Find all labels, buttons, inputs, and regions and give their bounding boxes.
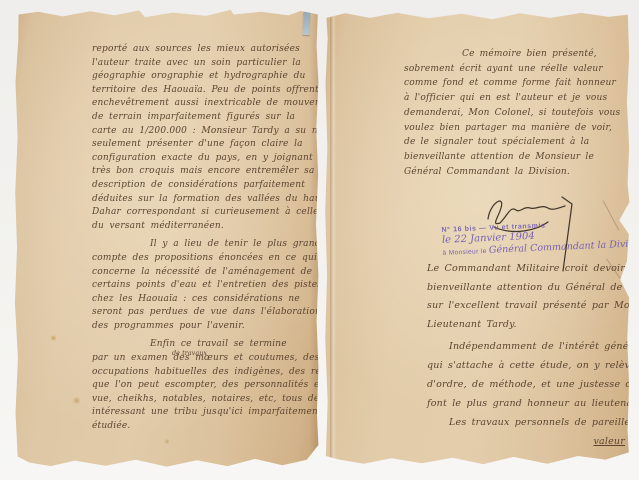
handwritten-line: d'ordre, de méthode, et une justesse de … (427, 375, 625, 394)
blue-paper-scrap (303, 12, 311, 35)
paragraph: reporté aux sources les mieux autorisées… (92, 43, 324, 233)
right-page-handwriting-bottom: Indépendamment de l'intérêt généralqui s… (427, 337, 625, 451)
handwritten-line: très bon croquis mais encore entremêler … (92, 165, 324, 179)
paragraph: Enfin ce travail se terminepar un examen… (92, 338, 324, 433)
handwritten-line: Indépendamment de l'intérêt général (427, 337, 625, 356)
handwritten-line: Il y a lieu de tenir le plus grand (92, 238, 324, 252)
right-page-handwriting-middle: Le Commandant Militaire croit devoir app… (427, 260, 625, 334)
handwritten-line: occupations habituelles des indigènes, d… (92, 366, 324, 380)
right-page-surface: Ce mémoire bien présenté,sobrement écrit… (324, 11, 630, 466)
right-page-handwriting-top: Ce mémoire bien présenté,sobrement écrit… (404, 47, 622, 179)
handwritten-line: Les travaux personnels de pareille (427, 413, 625, 432)
handwritten-line: Le Commandant Militaire croit devoir app… (427, 260, 625, 279)
handwritten-line: seulement présenter d'une façon claire l… (92, 138, 324, 152)
ink-stamp: N° 16 bis — Vu et transmis le 22 Janvier… (441, 219, 622, 258)
handwritten-line: sobrement écrit ayant une réelle valeur (404, 62, 622, 77)
stamp-addressee-print: à Monsieur le (442, 248, 489, 257)
handwritten-line: voulez bien partager ma manière de voir, (404, 121, 622, 136)
left-page-surface: reporté aux sources les mieux autorisées… (14, 9, 319, 468)
handwritten-line: qui s'attache à cette étude, on y relève… (427, 356, 625, 375)
handwritten-line: de le signaler tout spécialement à la (404, 135, 622, 150)
handwritten-line: bienveillante attention de Monsieur le (404, 150, 622, 165)
handwritten-line: compte des propositions énoncées en ce q… (92, 252, 324, 266)
interline-insertion: de travaux (172, 349, 207, 357)
handwritten-line: Enfin ce travail se termine (92, 338, 324, 352)
handwritten-line: de terrain imparfaitement figurés sur la (92, 111, 324, 125)
handwritten-line: déduites sur la formation des vallées du… (92, 193, 324, 207)
handwritten-line: intéressant une tribu jusqu'ici imparfai… (92, 406, 324, 420)
handwritten-line: Dahar correspondant si curieusement à ce… (92, 206, 324, 220)
handwritten-line: enchevêtrement aussi inextricable de mou… (92, 97, 324, 111)
left-page: reporté aux sources les mieux autorisées… (14, 9, 319, 468)
right-page: Ce mémoire bien présenté,sobrement écrit… (324, 11, 630, 466)
handwritten-line: vue, cheikhs, notables, notaires, etc, t… (92, 393, 324, 407)
handwritten-line: concerne la nécessité de l'aménagement d… (92, 266, 324, 280)
handwritten-line: par un examen des mœurs et coutumes, des (92, 352, 324, 366)
handwritten-line: du versant méditerranéen. (92, 220, 324, 234)
handwritten-line: demanderai, Mon Colonel, si toutefois vo… (404, 106, 622, 121)
handwritten-line: à l'officier qui en est l'auteur et je v… (404, 91, 622, 106)
handwritten-line: reporté aux sources les mieux autorisées (92, 43, 324, 57)
handwritten-line: sur l'excellent travail présenté par Mon… (427, 297, 625, 316)
handwritten-line: chez les Haouaïa : ces considérations ne (92, 293, 324, 307)
handwritten-line: étudiée. (92, 420, 324, 434)
handwritten-line: Lieutenant Tardy. (427, 316, 625, 335)
handwritten-line: l'auteur traite avec un soin particulier… (92, 57, 324, 71)
handwritten-line: bienveillante attention du Général de Di… (427, 279, 625, 298)
handwritten-line: carte au 1/200.000 : Monsieur Tardy a su… (92, 125, 324, 139)
handwritten-line: description de considérations parfaiteme… (92, 179, 324, 193)
handwritten-line: que l'on peut escompter, des personnalit… (92, 379, 324, 393)
handwritten-line: Général Commandant la Division. (404, 165, 622, 180)
handwritten-line: géographie orographie et hydrographie du (92, 70, 324, 84)
paper-stain (50, 335, 57, 341)
scanned-document-photo: { "colors": { "background": "#f3f2ef", "… (0, 0, 639, 480)
handwritten-line: des programmes pour l'avenir. (92, 320, 324, 334)
handwritten-line: comme fond et comme forme fait honneur (404, 76, 622, 91)
paper-stain (72, 397, 81, 404)
handwritten-line: territoire des Haouaïa. Peu de points of… (92, 84, 324, 98)
handwritten-line: font le plus grand honneur au lieutenant… (427, 394, 625, 413)
left-page-handwriting: reporté aux sources les mieux autorisées… (92, 43, 324, 439)
paper-stain (164, 439, 170, 444)
handwritten-line: configuration exacte du pays, en y joign… (92, 152, 324, 166)
paragraph: Il y a lieu de tenir le plus grandcompte… (92, 238, 324, 333)
handwritten-line: valeur (427, 432, 625, 451)
handwritten-line: certains points d'eau et l'entretien des… (92, 279, 324, 293)
handwritten-line: Ce mémoire bien présenté, (404, 47, 622, 62)
handwritten-line: seront pas perdues de vue dans l'élabora… (92, 306, 324, 320)
fold-crease (330, 11, 336, 466)
